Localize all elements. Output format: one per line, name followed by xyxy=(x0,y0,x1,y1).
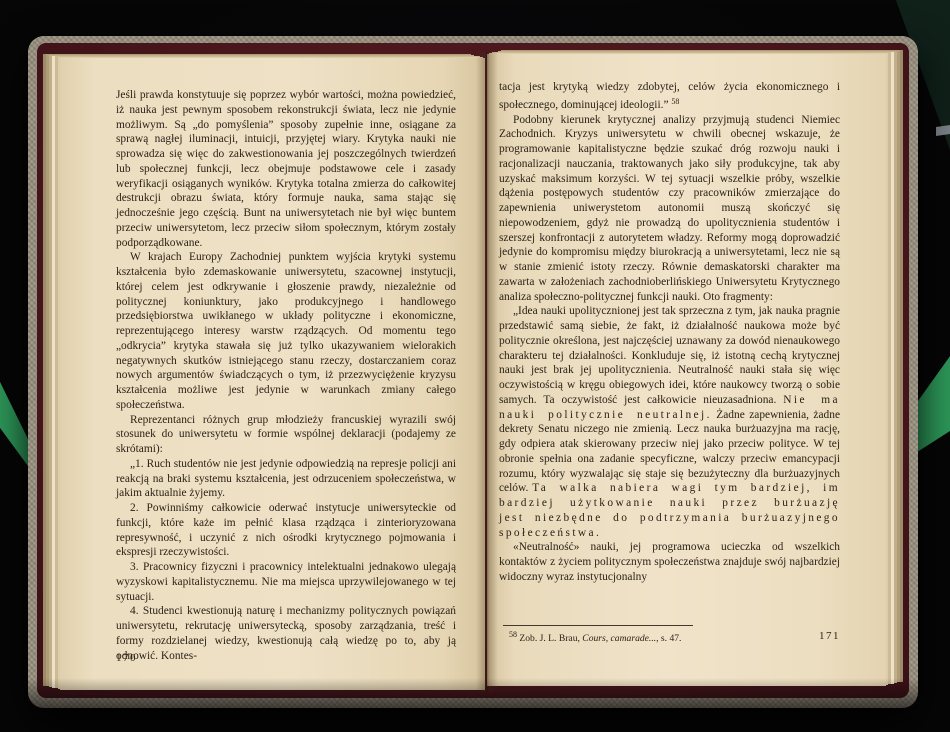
paragraph: Jeśli prawda konstytuuje się poprzez wyb… xyxy=(116,88,456,250)
paragraph: „1. Ruch studentów nie jest jedynie odpo… xyxy=(116,457,456,501)
book-page-left: Jeśli prawda konstytuuje się poprzez wyb… xyxy=(60,58,485,690)
footnote-rule xyxy=(503,625,693,626)
open-book: Jeśli prawda konstytuuje się poprzez wyb… xyxy=(28,36,918,708)
paragraph: «Neutralność» nauki, jej programowa ucie… xyxy=(499,540,840,584)
page-right-text: tacja jest krytyką wiedzy zdobytej, celó… xyxy=(487,54,886,585)
footnote-text: 58 Zob. J. L. Brau, Cours, camarade..., … xyxy=(499,629,840,645)
text-segment: 4. Studenci kwestionują naturę i mechani… xyxy=(116,605,456,661)
paragraph: 58 Zob. J. L. Brau, Cours, camarade..., … xyxy=(499,629,840,645)
paragraph: tacja jest krytyką wiedzy zdobytej, celó… xyxy=(499,80,840,113)
page-left-text: Jeśli prawda konstytuuje się poprzez wyb… xyxy=(60,58,485,663)
text-segment: 58 xyxy=(509,630,517,639)
text-segment: „1. Ruch studentów nie jest jedynie odpo… xyxy=(116,458,456,500)
paragraph: W krajach Europy Zachodniej punktem wyjś… xyxy=(116,250,456,412)
paragraph: „Idea nauki upolitycznionej jest tak spr… xyxy=(499,304,840,540)
text-segment: Jeśli prawda konstytuuje się poprzez wyb… xyxy=(116,89,456,249)
page-number-left: 170 xyxy=(116,652,137,664)
text-segment: Podobny kierunek krytycznej analizy przy… xyxy=(499,114,840,303)
text-segment: «Neutralność» nauki, jej programowa ucie… xyxy=(499,541,840,583)
page-number-right: 171 xyxy=(819,630,840,642)
paragraph: 3. Pracownicy fizyczni i pracownicy inte… xyxy=(116,560,456,604)
text-segment: , s. 47. xyxy=(656,633,681,644)
text-segment: Ta walka nabiera wagi tym bardziej, im b… xyxy=(499,482,840,538)
text-segment: „Idea nauki upolitycznionej jest tak spr… xyxy=(499,305,840,406)
paragraph: 2. Powinniśmy całkowicie oderwać instytu… xyxy=(116,501,456,560)
text-segment: 2. Powinniśmy całkowicie oderwać instytu… xyxy=(116,502,456,558)
text-segment: Cours, camarade... xyxy=(582,633,656,644)
text-segment: Reprezentanci różnych grup młodzieży fra… xyxy=(116,414,456,456)
book-gutter-fold xyxy=(476,52,498,692)
text-segment: W krajach Europy Zachodniej punktem wyjś… xyxy=(116,251,456,411)
text-segment: 58 xyxy=(671,97,679,106)
text-segment: Zob. J. L. Brau, xyxy=(517,633,582,644)
text-segment: tacja jest krytyką wiedzy zdobytej, celó… xyxy=(499,81,840,111)
book-page-right: tacja jest krytyką wiedzy zdobytej, celó… xyxy=(487,54,886,686)
photo-backdrop: Jeśli prawda konstytuuje się poprzez wyb… xyxy=(0,0,950,732)
text-segment: 3. Pracownicy fizyczni i pracownicy inte… xyxy=(116,561,456,603)
paragraph: Reprezentanci różnych grup młodzieży fra… xyxy=(116,413,456,457)
paragraph: 4. Studenci kwestionują naturę i mechani… xyxy=(116,604,456,663)
paragraph: Podobny kierunek krytycznej analizy przy… xyxy=(499,113,840,305)
